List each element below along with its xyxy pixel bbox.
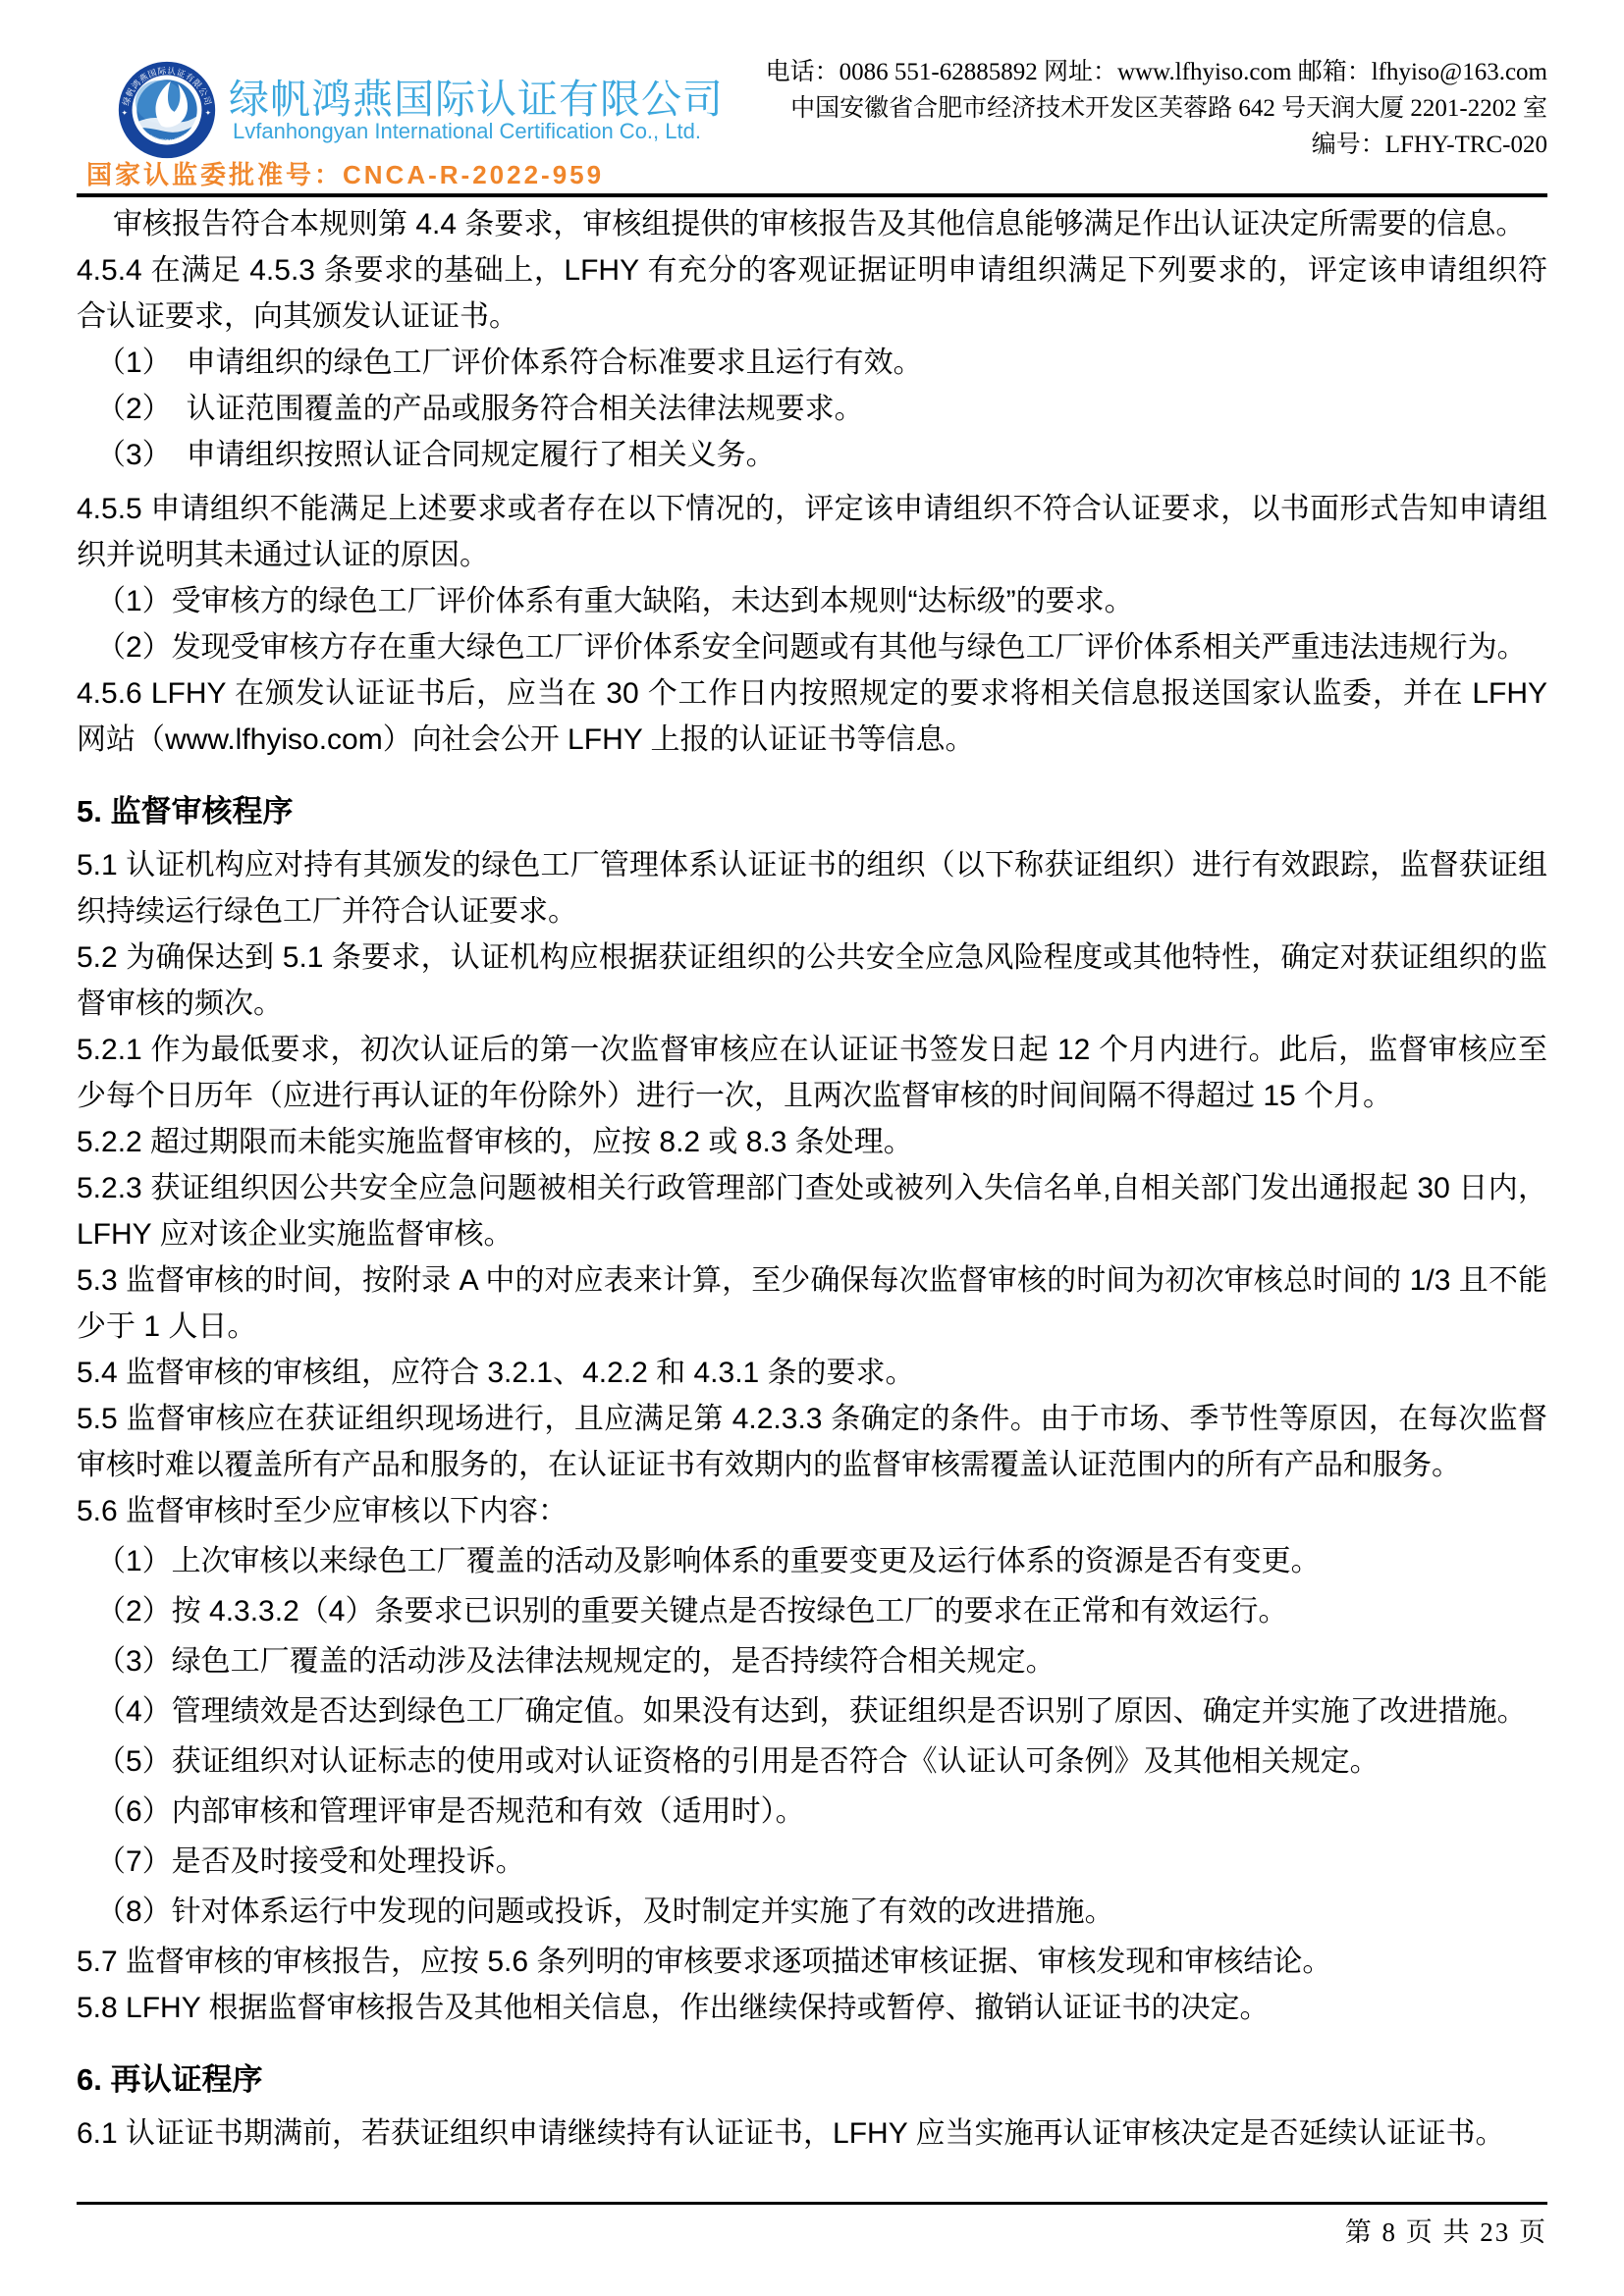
header-divider: [77, 193, 1547, 197]
paragraph: （1） 申请组织的绿色工厂评价体系符合标准要求且运行有效。: [96, 340, 1547, 386]
paragraph: （8）针对体系运行中发现的问题或投诉，及时制定并实施了有效的改进措施。: [96, 1889, 1547, 1935]
paragraph: 5.6 监督审核时至少应审核以下内容：: [77, 1488, 1547, 1534]
paragraph: 5.7 监督审核的审核报告，应按 5.6 条列明的审核要求逐项描述审核证据、审核…: [77, 1939, 1547, 1985]
paragraph: 5.2.1 作为最低要求，初次认证后的第一次监督审核应在认证证书签发日起 12 …: [77, 1027, 1547, 1119]
contact-line: 电话：0086 551-62885892 网址：www.lfhyiso.com …: [766, 54, 1547, 90]
paragraph: （7）是否及时接受和处理投诉。: [96, 1839, 1547, 1885]
company-name-zh: 绿帆鸿燕国际认证有限公司: [229, 67, 724, 125]
paragraph: （4）管理绩效是否达到绿色工厂确定值。如果没有达到，获证组织是否识别了原因、确定…: [96, 1688, 1547, 1735]
paragraph: （1）上次审核以来绿色工厂覆盖的活动及影响体系的重要变更及运行体系的资源是否有变…: [96, 1538, 1547, 1584]
paragraph: 4.5.6 LFHY 在颁发认证证书后，应当在 30 个工作日内按照规定的要求将…: [77, 670, 1547, 763]
paragraph: （3）绿色工厂覆盖的活动涉及法律法规规定的，是否持续符合相关规定。: [96, 1638, 1547, 1684]
header-contact-block: 电话：0086 551-62885892 网址：www.lfhyiso.com …: [766, 54, 1547, 163]
document-page: 绿帆鸿燕国际认证有限公司 LVFANHONGYAN INTERNATIONAL …: [0, 0, 1624, 2296]
seal-star-right: ✦: [205, 109, 212, 118]
doc-number: 编号：LFHY-TRC-020: [766, 127, 1547, 163]
address-line: 中国安徽省合肥市经济技术开发区芙蓉路 642 号天润大厦 2201-2202 室: [766, 90, 1547, 127]
approval-number: 国家认监委批准号：CNCA-R-2022-959: [86, 155, 604, 191]
seal-star-left: ✦: [122, 109, 129, 118]
paragraph: 5.3 监督审核的时间，按附录 A 中的对应表来计算，至少确保每次监督审核的时间…: [77, 1257, 1547, 1350]
paragraph: （6）内部审核和管理评审是否规范和有效（适用时）。: [96, 1789, 1547, 1835]
paragraph: （2）按 4.3.3.2（4）条要求已识别的重要关键点是否按绿色工厂的要求在正常…: [96, 1588, 1547, 1634]
paragraph: 4.5.5 申请组织不能满足上述要求或者存在以下情况的，评定该申请组织不符合认证…: [77, 486, 1547, 578]
company-name-en: Lvfanhongyan International Certification…: [233, 119, 701, 144]
paragraph: 5.5 监督审核应在获证组织现场进行，且应满足第 4.2.3.3 条确定的条件。…: [77, 1396, 1547, 1488]
company-logo: 绿帆鸿燕国际认证有限公司 LVFANHONGYAN INTERNATIONAL …: [116, 59, 218, 161]
paragraph: 4.5.4 在满足 4.5.3 条要求的基础上，LFHY 有充分的客观证据证明申…: [77, 247, 1547, 340]
paragraph: 5.8 LFHY 根据监督审核报告及其他相关信息，作出继续保持或暂停、撤销认证证…: [77, 1985, 1547, 2031]
paragraph: （5）获证组织对认证标志的使用或对认证资格的引用是否符合《认证认可条例》及其他相…: [96, 1738, 1547, 1785]
paragraph: 5.1 认证机构应对持有其颁发的绿色工厂管理体系认证证书的组织（以下称获证组织）…: [77, 842, 1547, 934]
footer-divider: [77, 2202, 1547, 2205]
paragraph: 6.1 认证证书期满前，若获证组织申请继续持有认证证书，LFHY 应当实施再认证…: [77, 2110, 1547, 2157]
paragraph: 5.2.2 超过期限而未能实施监督审核的，应按 8.2 或 8.3 条处理。: [77, 1119, 1547, 1165]
paragraph: （3） 申请组织按照认证合同规定履行了相关义务。: [96, 432, 1547, 478]
paragraph: （1）受审核方的绿色工厂评价体系有重大缺陷，未达到本规则“达标级”的要求。: [96, 578, 1547, 624]
paragraph: 5.4 监督审核的审核组，应符合 3.2.1、4.2.2 和 4.3.1 条的要…: [77, 1350, 1547, 1396]
section-heading-6: 6. 再认证程序: [77, 2056, 1547, 2103]
document-body: 审核报告符合本规则第 4.4 条要求，审核组提供的审核报告及其他信息能够满足作出…: [77, 201, 1547, 2157]
paragraph: 审核报告符合本规则第 4.4 条要求，审核组提供的审核报告及其他信息能够满足作出…: [77, 201, 1547, 247]
page-number: 第 8 页 共 23 页: [1345, 2211, 1547, 2249]
paragraph: （2） 认证范围覆盖的产品或服务符合相关法律法规要求。: [96, 386, 1547, 432]
section-heading-5: 5. 监督审核程序: [77, 788, 1547, 834]
paragraph: 5.2 为确保达到 5.1 条要求，认证机构应根据获证组织的公共安全应急风险程度…: [77, 934, 1547, 1027]
paragraph: （2）发现受审核方存在重大绿色工厂评价体系安全问题或有其他与绿色工厂评价体系相关…: [96, 624, 1547, 670]
paragraph: 5.2.3 获证组织因公共安全应急问题被相关行政管理部门查处或被列入失信名单,自…: [77, 1165, 1547, 1257]
